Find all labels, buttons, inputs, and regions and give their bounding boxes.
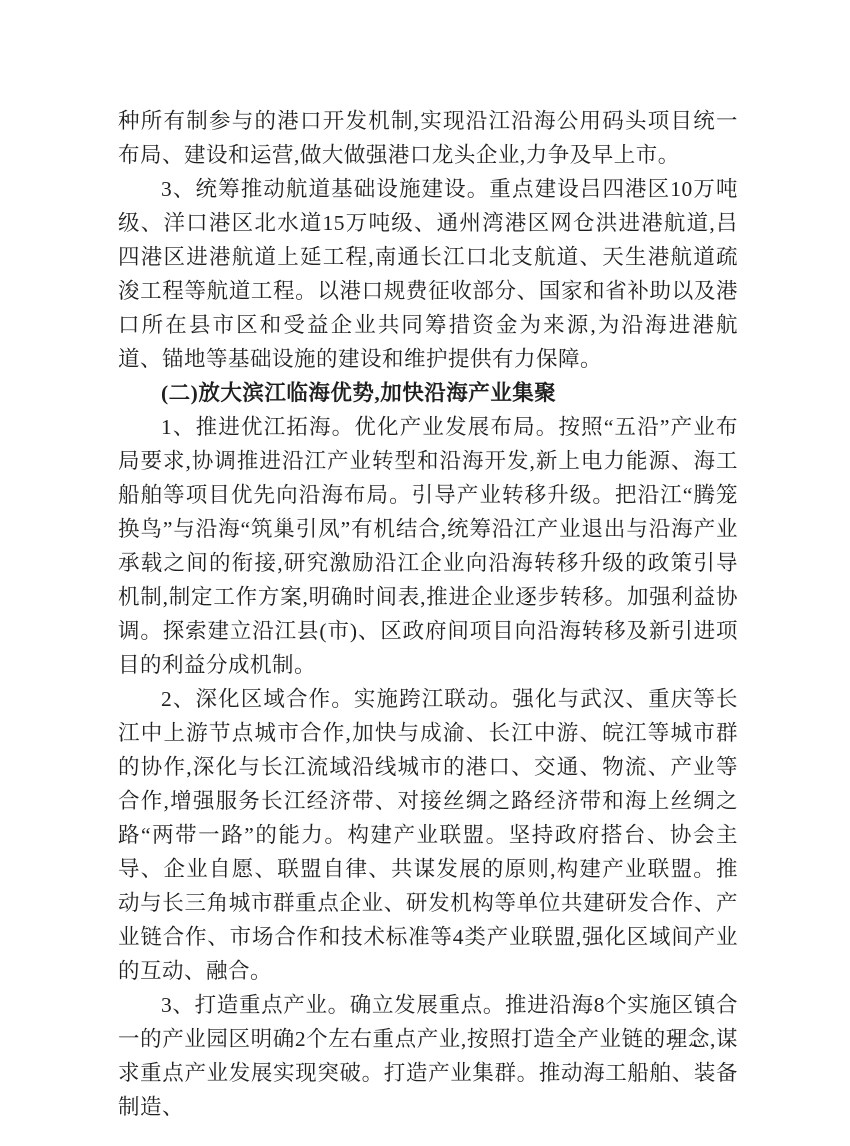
paragraph-item3-key-industries: 3、打造重点产业。确立发展重点。推进沿海8个实施区镇合一的产业园区明确2个左右重… [118, 988, 738, 1124]
document-page: 种所有制参与的港口开发机制,实现沿江沿海公用码头项目统一布局、建设和运营,做大做… [0, 0, 850, 1146]
paragraph-item2-regional-cooperation: 2、深化区域合作。实施跨江联动。强化与武汉、重庆等长江中上游节点城市合作,加快与… [118, 682, 738, 988]
page-number: - 7 - [650, 1034, 702, 1056]
paragraph-item1-youjiang-tuohai: 1、推进优江拓海。优化产业发展布局。按照“五沿”产业布局要求,协调推进沿江产业转… [118, 410, 738, 682]
section-heading: (二)放大滨江临海优势,加快沿海产业集聚 [118, 376, 738, 410]
paragraph-continuation: 种所有制参与的港口开发机制,实现沿江沿海公用码头项目统一布局、建设和运营,做大做… [118, 104, 738, 172]
paragraph-item3-channel-construction: 3、统筹推动航道基础设施建设。重点建设吕四港区10万吨级、洋口港区北水道15万吨… [118, 172, 738, 376]
document-body: 种所有制参与的港口开发机制,实现沿江沿海公用码头项目统一布局、建设和运营,做大做… [118, 104, 738, 1124]
